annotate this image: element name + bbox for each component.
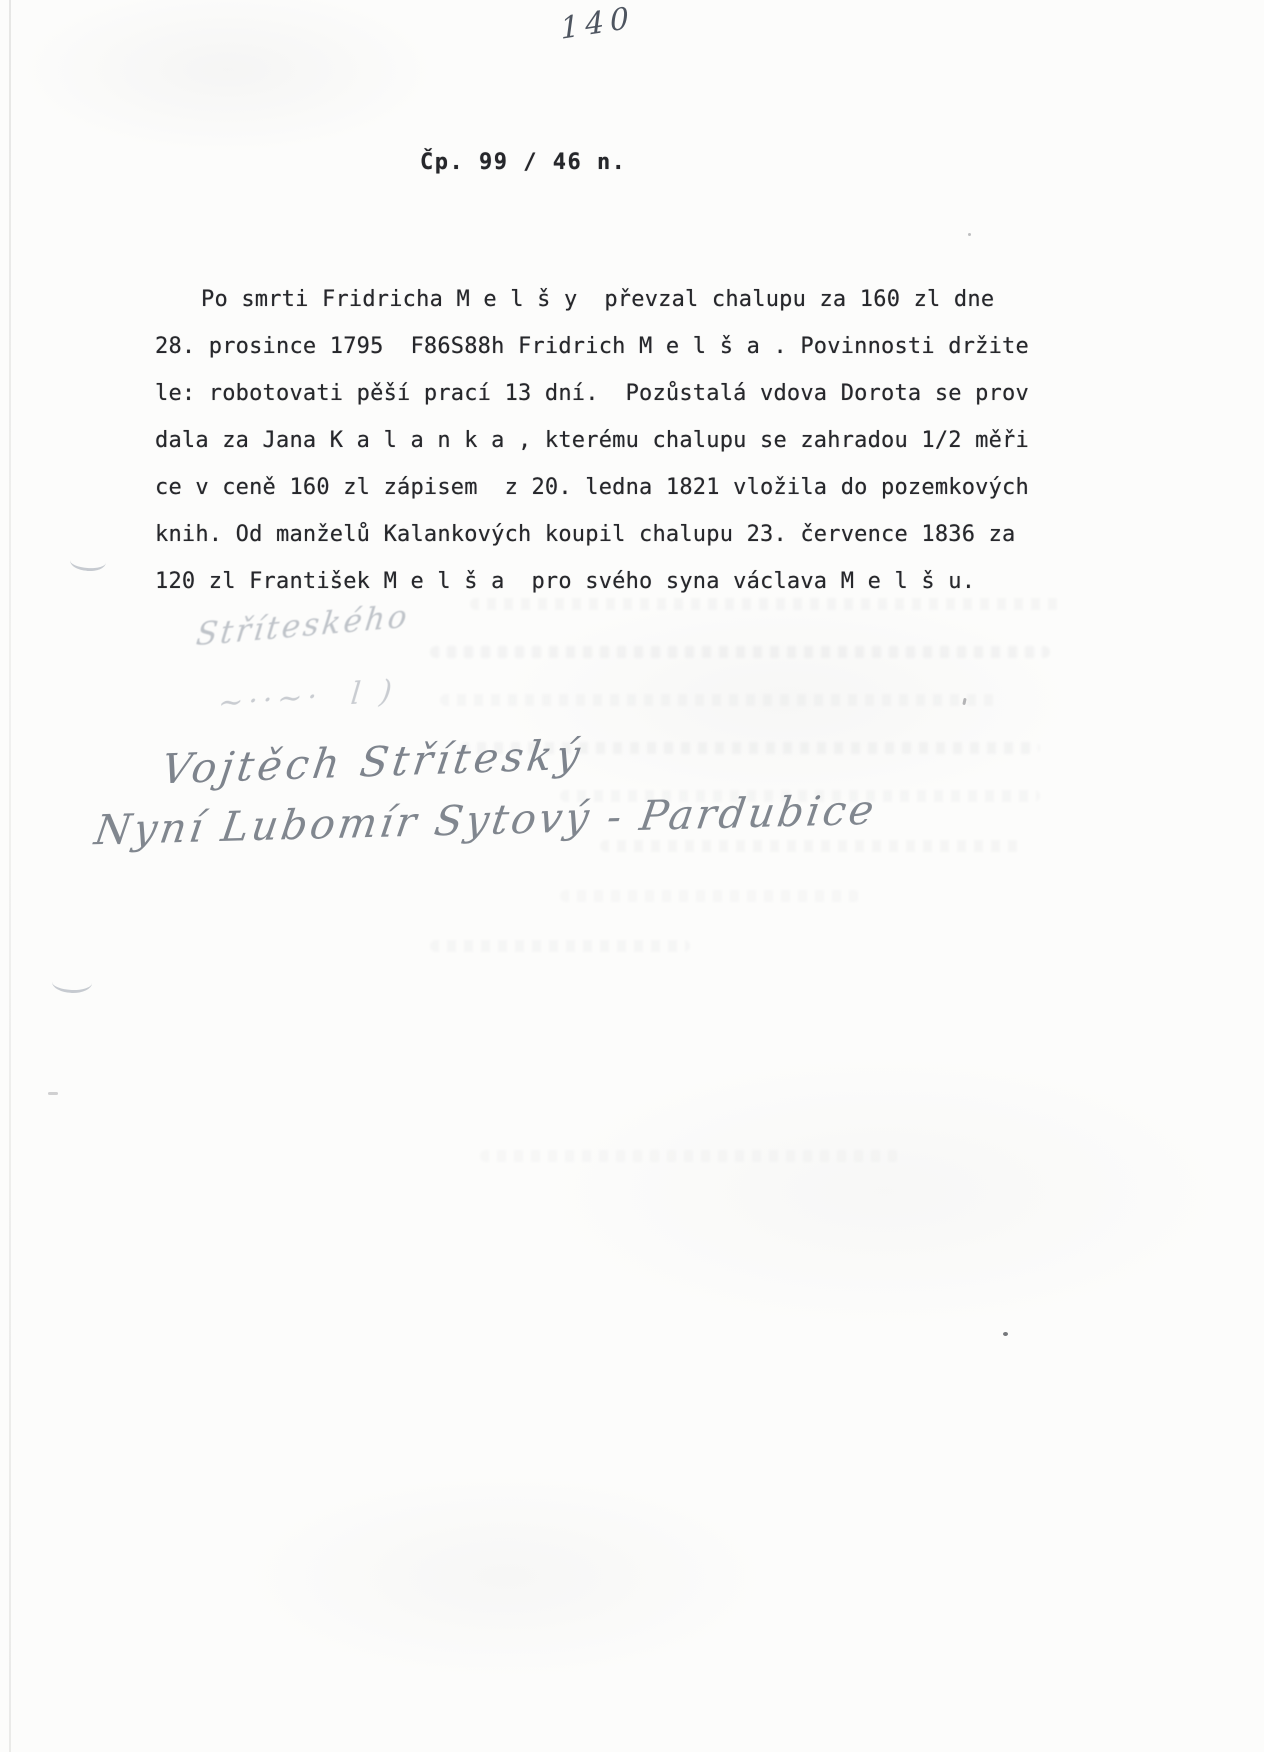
ink-bleed-artifact <box>560 890 860 902</box>
ink-bleed-artifact <box>560 790 1040 802</box>
ink-bleed-artifact <box>430 940 690 952</box>
ink-bleed-artifact <box>460 742 1040 754</box>
ink-speck-artifact <box>48 1092 58 1095</box>
paragraph-line: dala za Jana K a l a n k a , kterému cha… <box>155 417 1047 464</box>
typed-paragraph: Po smrti Fridricha M e l š y převzal cha… <box>155 276 1047 605</box>
scan-paper-texture <box>0 0 1264 1752</box>
ink-bleed-artifact <box>480 1150 900 1162</box>
paragraph-line: 28. prosince 1795 F86S88h Fridrich M e l… <box>155 323 1047 370</box>
document-title: Čp. 99 / 46 n. <box>420 150 626 175</box>
ink-bleed-artifact <box>430 646 1050 658</box>
paragraph-line: le: robotovati pěší prací 13 dní. Pozůst… <box>155 370 1047 417</box>
scan-edge-artifact <box>9 0 11 1752</box>
ink-speck-artifact <box>968 233 971 236</box>
paragraph-line: Po smrti Fridricha M e l š y převzal cha… <box>155 276 1047 323</box>
ink-bleed-artifact <box>440 694 1000 706</box>
ink-speck-artifact <box>1003 1332 1008 1336</box>
ink-bleed-artifact <box>470 598 1060 610</box>
paragraph-line: knih. Od manželů Kalankových koupil chal… <box>155 511 1047 558</box>
paragraph-line: ce v ceně 160 zl zápisem z 20. ledna 182… <box>155 464 1047 511</box>
ink-bleed-artifact <box>600 840 1020 852</box>
